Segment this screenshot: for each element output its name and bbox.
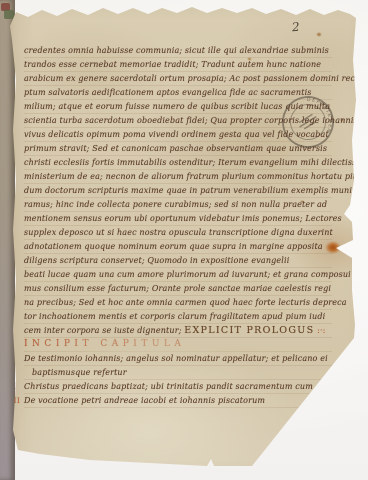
line-text: milium; atque et eorum fuisse numero de … <box>24 102 330 111</box>
manuscript-line: supplex deposco ut si haec nostra opuscu… <box>24 226 332 240</box>
rubric-text: :·: <box>314 326 325 335</box>
line-text: ptum salvatoris aedificationem aptos eva… <box>24 88 312 97</box>
manuscript-line: IIIDe vocatione petri andreae iacobi et … <box>24 394 332 408</box>
line-text: dum doctorum scripturis maxime quae in p… <box>24 186 352 195</box>
line-text: cem inter corpora se iuste dignentur; <box>24 326 184 335</box>
manuscript-line: tor inchoationem mentis et corporis clar… <box>24 310 332 324</box>
line-text: credentes omnia habuisse communia; sicut… <box>24 46 329 55</box>
manuscript-line: credentes omnia habuisse communia; sicut… <box>24 44 332 58</box>
manuscript-line: beati lucae quam una cum amore plurimoru… <box>24 268 332 282</box>
folio-number: 2 <box>292 20 301 34</box>
line-text: De testimonio iohannis; angelus sol nomi… <box>24 354 328 363</box>
line-text: diligens scriptura conservet; Quomodo in… <box>24 256 289 265</box>
manuscript-line: na precibus; Sed et hoc ante omnia carme… <box>24 296 332 310</box>
manuscript-line: ministerium de ea; necnon de aliorum fra… <box>24 170 332 184</box>
line-text: ministerium de ea; necnon de aliorum fra… <box>24 172 358 181</box>
line-text: beati lucae quam una cum amore plurimoru… <box>24 270 351 279</box>
manuscript-line: mentionem sensus eorum ubi oportunum vid… <box>24 212 332 226</box>
line-text: baptismusque refertur <box>32 368 127 377</box>
line-text: mentionem sensus eorum ubi oportunum vid… <box>24 214 342 223</box>
manuscript-line: INCIPIT CAPITULA <box>24 338 332 352</box>
line-text: vivus delicatis opimum poma vivendi ordi… <box>24 130 329 139</box>
manuscript-line: christi ecclesiis fortis immutabilis ost… <box>24 156 332 170</box>
line-text: trandos esse cernebat memoriae tradidit;… <box>24 60 321 69</box>
text-lines: credentes omnia habuisse communia; sicut… <box>24 44 332 408</box>
line-text: Christus praedicans baptizat; ubi trinit… <box>24 382 313 391</box>
parchment-leaf: 2 DEPARTEMEN credentes omnia habuisse co… <box>0 0 368 480</box>
manuscript-line: dum doctorum scripturis maxime quae in p… <box>24 184 332 198</box>
manuscript-line: ramus; hinc inde collecta ponere curabim… <box>24 198 332 212</box>
line-text: ramus; hinc inde collecta ponere curabim… <box>24 200 327 209</box>
illumination-fragment-green <box>4 10 14 19</box>
binding-edge <box>0 0 15 480</box>
manuscript-photo: 2 DEPARTEMEN credentes omnia habuisse co… <box>0 0 368 480</box>
manuscript-line: arabicum ex genere sacerdotali ortum pro… <box>24 72 332 86</box>
line-text: De vocatione petri andreae iacobi et ioh… <box>24 396 265 405</box>
line-text: supplex deposco ut si haec nostra opuscu… <box>24 228 333 237</box>
line-text: mus consilium esse facturum; Orante prol… <box>24 284 331 293</box>
rubric-text: INCIPIT CAPITULA <box>24 339 185 349</box>
manuscript-line: adnotationem quoque nominum eorum quae s… <box>24 240 332 254</box>
line-text: adnotationem quoque nominum eorum quae s… <box>24 242 323 251</box>
manuscript-line: vivus delicatis opimum poma vivendi ordi… <box>24 128 332 142</box>
manuscript-line: IIChristus praedicans baptizat; ubi trin… <box>24 380 332 394</box>
manuscript-line: milium; atque et eorum fuisse numero de … <box>24 100 332 114</box>
manuscript-line: baptismusque refertur <box>24 366 332 380</box>
manuscript-line: diligens scriptura conservet; Quomodo in… <box>24 254 332 268</box>
manuscript-line: ptum salvatoris aedificationem aptos eva… <box>24 86 332 100</box>
manuscript-line: scientia turba sacerdotum oboediebat fid… <box>24 114 332 128</box>
line-text: primum stravit; Sed et canonicam paschae… <box>24 144 327 153</box>
line-text: tor inchoationem mentis et corporis clar… <box>24 312 325 321</box>
line-text: arabicum ex genere sacerdotali ortum pro… <box>24 74 360 83</box>
manuscript-line: mus consilium esse facturum; Orante prol… <box>24 282 332 296</box>
line-text: christi ecclesiis fortis immutabilis ost… <box>24 158 368 167</box>
manuscript-line: trandos esse cernebat memoriae tradidit;… <box>24 58 332 72</box>
stain-dot <box>316 32 322 37</box>
line-text: na precibus; Sed et hoc ante omnia carme… <box>24 298 347 307</box>
line-text: scientia turba sacerdotum oboediebat fid… <box>24 116 358 125</box>
manuscript-line: primum stravit; Sed et canonicam paschae… <box>24 142 332 156</box>
explicit-text: EXPLICIT PROLOGUS <box>184 325 314 336</box>
manuscript-line: cem inter corpora se iuste dignentur; EX… <box>24 324 332 338</box>
manuscript-line: IDe testimonio iohannis; angelus sol nom… <box>24 352 332 366</box>
